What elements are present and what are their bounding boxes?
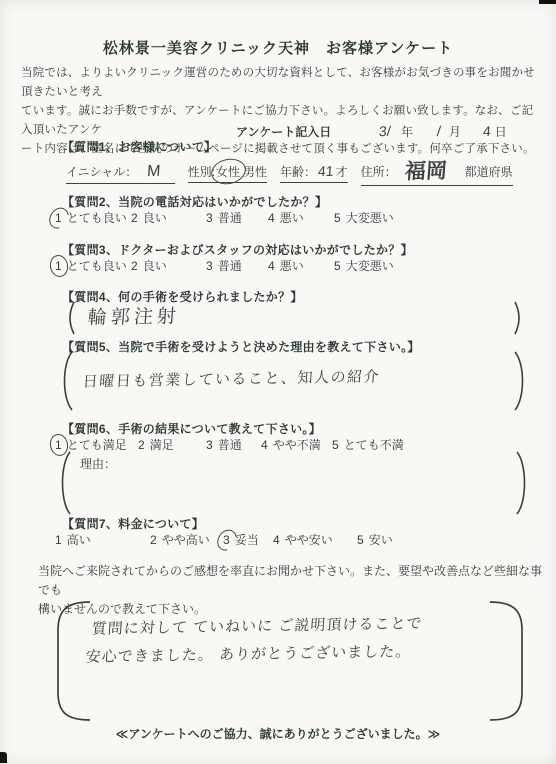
q2-option-3-num: 3: [206, 211, 213, 225]
q5-bracket-right: [512, 351, 528, 411]
q1-initial-handwritten: M: [137, 163, 176, 182]
q3-option-2-label: 良い: [143, 259, 167, 273]
q4-bracket-left: [63, 301, 77, 335]
q6-reason-bracket-right: [514, 451, 530, 515]
q3-option-4-num: 4: [268, 259, 275, 273]
q7-heading: 【質問7、料金について】: [62, 515, 204, 532]
q3-heading: 【質問3、ドクターおよびスタッフの対応はいかがでしたか？】: [62, 241, 413, 258]
q2-option-4-num: 4: [268, 211, 275, 225]
q2-options-row: 1とても良い 2良い 3普通 4悪い 5大変悪い: [55, 209, 394, 226]
q7-option-1: 1高い: [55, 531, 150, 548]
date-month-handwritten: /: [436, 123, 441, 139]
q7-option-3-label: 妥当: [235, 533, 259, 547]
q6-option-4-label: やや不満: [273, 438, 321, 452]
q1-age-handwritten: 41: [315, 163, 336, 179]
q1-address-label: 住所：: [361, 165, 397, 179]
q3-option-1-num: 1: [55, 259, 62, 273]
q6-option-4: 4やや不満: [261, 436, 332, 453]
q6-option-1-num: 1: [55, 438, 62, 452]
form-title: 松林景一美容クリニック天神 お客様アンケート: [0, 37, 556, 58]
q4-bracket-right: [512, 301, 526, 335]
q2-option-4-label: 悪い: [280, 211, 304, 225]
date-year-unit: 年: [401, 123, 413, 140]
q2-option-1-num: 1: [55, 211, 62, 225]
q6-reason-label: 理由：: [80, 455, 116, 472]
q7-option-5-label: 安い: [369, 533, 393, 547]
q2-heading: 【質問2、当院の電話対応はいかがでしたか？】: [62, 193, 327, 210]
q3-option-4-label: 悪い: [280, 259, 304, 273]
q6-reason-bracket-left: [57, 451, 73, 515]
q1-address-unit: 都道府県: [465, 165, 513, 179]
q3-option-2-num: 2: [131, 259, 138, 273]
q7-option-4-label: やや安い: [285, 533, 333, 547]
q7-option-1-num: 1: [55, 533, 62, 547]
q1-age-field: 年齢：41才: [280, 163, 348, 183]
q6-option-5-label: とても不満: [344, 438, 404, 452]
comment-handwritten-line2: 安心できました。 ありがとうございました。: [85, 640, 412, 667]
q6-option-3: 3普通: [206, 436, 261, 453]
q3-option-3-label: 普通: [218, 259, 242, 273]
q6-option-3-num: 3: [206, 438, 213, 452]
q3-option-1: 1とても良い: [55, 257, 131, 274]
q2-option-5-num: 5: [334, 211, 341, 225]
date-year-handwritten: 3/: [379, 123, 392, 139]
q3-option-4: 4悪い: [268, 257, 334, 274]
q1-initial-field: イニシャル：M: [66, 163, 175, 184]
q6-option-5-num: 5: [332, 438, 339, 452]
q1-initial-label: イニシャル：: [66, 165, 137, 179]
q3-option-5-num: 5: [334, 259, 341, 273]
q6-option-1-label: とても満足: [67, 438, 127, 452]
q7-option-2-label: やや高い: [162, 533, 210, 547]
q1-address-handwritten: 福岡: [396, 154, 456, 185]
q6-option-2: 2満足: [138, 436, 206, 453]
q7-option-5: 5安い: [357, 531, 393, 548]
q5-answer-handwritten: 日曜日も営業していること、知人の紹介: [82, 365, 381, 391]
q3-option-2: 2良い: [131, 257, 206, 274]
q2-option-2-label: 良い: [143, 211, 167, 225]
q2-option-5-label: 大変悪い: [346, 211, 394, 225]
q2-option-3: 3普通: [206, 209, 268, 226]
q1-gender-female-option: 女性: [216, 163, 240, 180]
date-day-unit: 日: [495, 123, 507, 140]
scan-artifact-top-right: [539, 0, 556, 4]
q6-option-2-label: 満足: [150, 438, 174, 452]
q3-option-5-label: 大変悪い: [346, 259, 394, 273]
q3-option-3-num: 3: [206, 259, 213, 273]
q7-option-2: 2やや高い: [150, 531, 223, 548]
feedback-prompt: 当院へご来院されてからのご感想を率直にお聞かせ下さい。また、要望や改善点など些細…: [38, 562, 544, 619]
q2-option-5: 5大変悪い: [334, 209, 394, 226]
q7-option-4-num: 4: [273, 533, 280, 547]
date-day-handwritten: 4: [482, 123, 491, 139]
q6-option-3-label: 普通: [218, 438, 242, 452]
q1-gender-field: 性別:女性男性: [188, 163, 267, 183]
q5-bracket-left: [59, 351, 75, 411]
footer-thanks: ≪アンケートへのご協力、誠にありがとうございました。≫: [0, 725, 556, 742]
q7-option-3-num: 3: [223, 533, 230, 547]
q3-option-1-label: とても良い: [67, 259, 127, 273]
q2-option-1-label: とても良い: [67, 211, 127, 225]
q1-address-field: 住所：福岡都道府県: [361, 153, 513, 186]
q6-heading: 【質問6、手術の結果について教えて下さい。】: [62, 420, 321, 437]
q2-option-2-num: 2: [131, 211, 138, 225]
comment-bracket-right: [488, 600, 526, 722]
intro-line: 当院では、よりよいクリニック運営のための大切な資料として、お客様がお気づきの事を…: [21, 64, 543, 102]
q7-option-4: 4やや安い: [273, 531, 357, 548]
q3-option-3: 3普通: [206, 257, 268, 274]
q7-option-3: 3妥当: [223, 531, 273, 548]
q6-option-5: 5とても不満: [332, 436, 404, 453]
q2-option-3-label: 普通: [218, 211, 242, 225]
survey-scan-page: 松林景一美容クリニック天神 お客様アンケート 当院では、よりよいクリニック運営の…: [0, 0, 556, 764]
q5-heading: 【質問5、当院で手術を受けようと決めた理由を教えて下さい。】: [62, 338, 420, 355]
date-month-unit: 月: [449, 123, 461, 140]
q3-option-5: 5大変悪い: [334, 257, 394, 274]
q7-option-5-num: 5: [357, 533, 364, 547]
q1-age-label: 年齢：: [280, 165, 316, 179]
date-label: アンケート記入日: [236, 123, 331, 140]
feedback-prompt-line: 当院へご来院されてからのご感想を率直にお聞かせ下さい。また、要望や改善点など些細…: [38, 562, 544, 600]
q2-option-1: 1とても良い: [55, 209, 131, 226]
q2-option-4: 4悪い: [268, 209, 334, 226]
q7-option-2-num: 2: [150, 533, 157, 547]
survey-date-row: アンケート記入日 3/ 年 / 月 4 日: [236, 123, 507, 140]
q1-age-unit: 才: [336, 165, 348, 179]
q7-options-row: 1高い 2やや高い 3妥当 4やや安い 5安い: [55, 531, 393, 548]
scan-artifact-bottom-left: [0, 752, 7, 763]
q2-option-2: 2良い: [131, 209, 206, 226]
q1-fields-row: イニシャル：M 性別:女性男性 年齢：41才 住所：福岡都道府県: [66, 153, 526, 186]
q6-option-2-num: 2: [138, 438, 145, 452]
q1-gender-male-option: 男性: [243, 165, 267, 179]
q4-answer-handwritten: 輪郭注射: [87, 301, 181, 330]
q6-option-4-num: 4: [261, 438, 268, 452]
q3-options-row: 1とても良い 2良い 3普通 4悪い 5大変悪い: [55, 257, 394, 274]
q6-options-row: 1とても満足 2満足 3普通 4やや不満 5とても不満: [55, 436, 404, 453]
q7-option-1-label: 高い: [67, 533, 91, 547]
comment-handwritten-line1: 質問に対して ていねいに ご説明頂けることで: [91, 612, 423, 639]
